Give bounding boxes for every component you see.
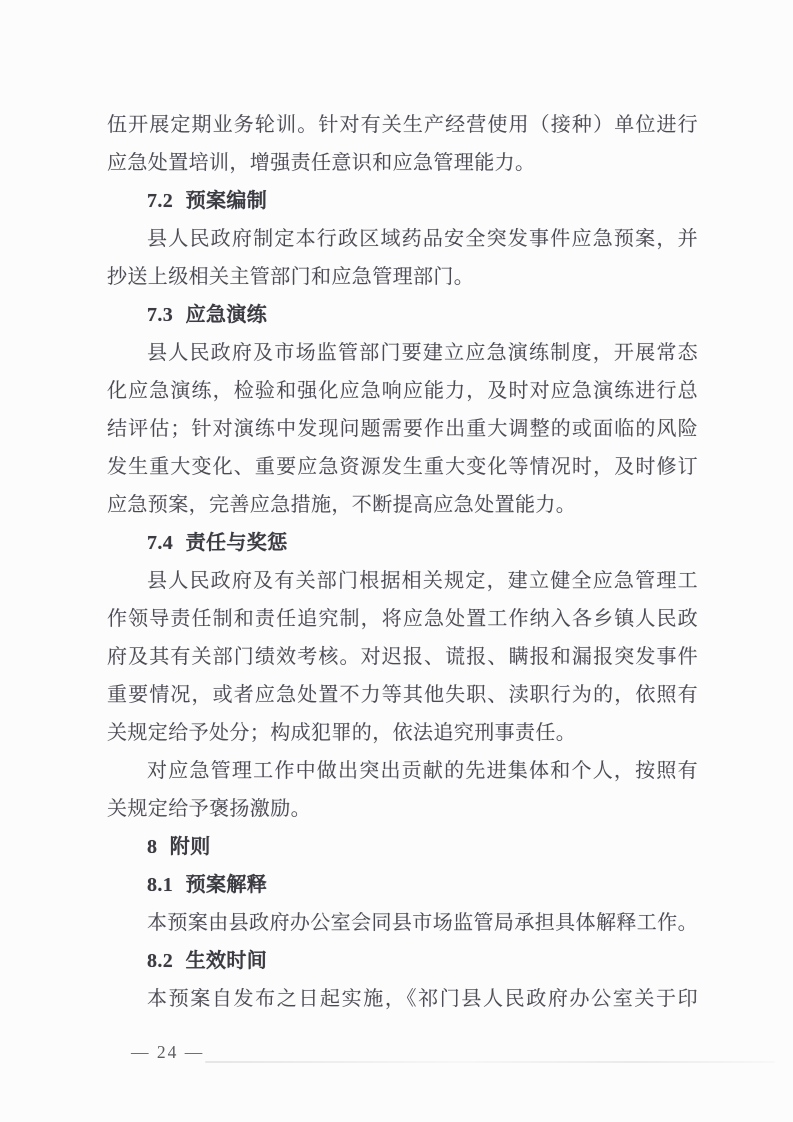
text-line: 本预案由县政府办公室会同县市场监管局承担具体解释工作。	[107, 904, 698, 942]
text-line: 作领导责任制和责任追究制，将应急处置工作纳入各乡镇人民政	[107, 600, 698, 638]
section-heading: 7.2 预案编制	[107, 182, 698, 220]
text-line: 应急预案，完善应急措施，不断提高应急处置能力。	[107, 486, 698, 524]
text-line: 县人民政府及市场监管部门要建立应急演练制度，开展常态	[107, 334, 698, 372]
section-heading: 7.4 责任与奖惩	[107, 524, 698, 562]
text-line: 发生重大变化、重要应急资源发生重大变化等情况时，及时修订	[107, 448, 698, 486]
page-number: — 24 —	[131, 1040, 204, 1064]
text-line: 关规定给予褒扬激励。	[107, 790, 698, 828]
section-heading: 8 附则	[107, 828, 698, 866]
text-line: 府及其有关部门绩效考核。对迟报、谎报、瞒报和漏报突发事件	[107, 638, 698, 676]
text-line: 抄送上级相关主管部门和应急管理部门。	[107, 258, 698, 296]
text-line: 本预案自发布之日起实施，《祁门县人民政府办公室关于印	[107, 980, 698, 1018]
document-page: 伍开展定期业务轮训。针对有关生产经营使用（接种）单位进行应急处置培训，增强责任意…	[0, 0, 793, 1122]
text-line: 县人民政府制定本行政区域药品安全突发事件应急预案，并	[107, 220, 698, 258]
text-line: 应急处置培训，增强责任意识和应急管理能力。	[107, 144, 698, 182]
text-line: 关规定给予处分；构成犯罪的，依法追究刑事责任。	[107, 714, 698, 752]
text-line: 化应急演练，检验和强化应急响应能力，及时对应急演练进行总	[107, 372, 698, 410]
section-heading: 7.3 应急演练	[107, 296, 698, 334]
text-line: 伍开展定期业务轮训。针对有关生产经营使用（接种）单位进行	[107, 106, 698, 144]
section-heading: 8.1 预案解释	[107, 866, 698, 904]
text-line: 结评估；针对演练中发现问题需要作出重大调整的或面临的风险	[107, 410, 698, 448]
scan-artifact-line	[205, 1061, 775, 1063]
text-line: 重要情况，或者应急处置不力等其他失职、渎职行为的，依照有	[107, 676, 698, 714]
section-heading: 8.2 生效时间	[107, 942, 698, 980]
text-line: 县人民政府及有关部门根据相关规定，建立健全应急管理工	[107, 562, 698, 600]
document-lines: 伍开展定期业务轮训。针对有关生产经营使用（接种）单位进行应急处置培训，增强责任意…	[107, 106, 698, 1018]
text-line: 对应急管理工作中做出突出贡献的先进集体和个人，按照有	[107, 752, 698, 790]
